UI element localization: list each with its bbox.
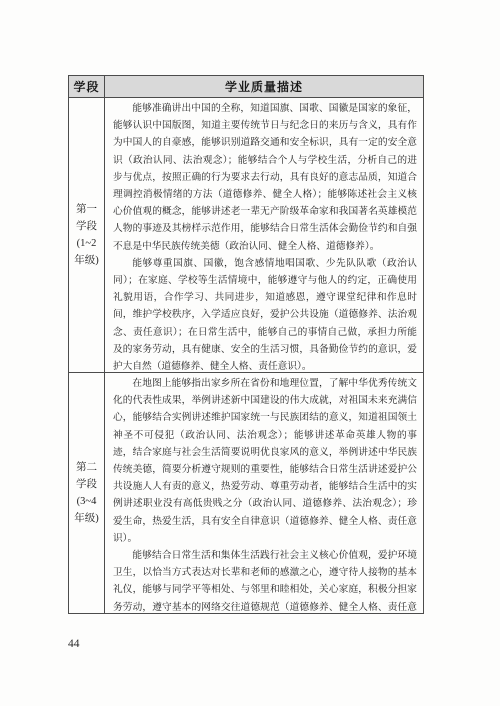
description-paragraph: 能够结合日常生活和集体生活践行社会主义核心价值观，爱护环境卫生，以恰当方式表达对… xyxy=(113,547,417,614)
stage-cell-grade-1-2: 第一 学段 (1~2 年级) xyxy=(69,98,105,373)
description-paragraph: 能够尊重国旗、国徽，饱含感情地唱国歌、少先队队歌（政治认同）；在家庭、学校等生活… xyxy=(113,255,417,373)
description-paragraph: 能够准确讲出中国的全称，知道国旗、国歌、国徽是国家的象征，能够认识中国版图，知道… xyxy=(113,100,417,255)
description-paragraph: 在地图上能够指出家乡所在省份和地理位置，了解中华优秀传统文化的代表性成果，举例讲… xyxy=(113,375,417,547)
table-header-description: 学业质量描述 xyxy=(105,76,424,98)
table-header-stage: 学段 xyxy=(69,76,105,98)
description-cell-grade-1-2: 能够准确讲出中国的全称，知道国旗、国歌、国徽是国家的象征，能够认识中国版图，知道… xyxy=(105,98,424,373)
academic-quality-table: 学段 学业质量描述 第一 学段 (1~2 年级) 能够准确讲出中国的全称，知道国… xyxy=(68,75,424,614)
page-number: 44 xyxy=(68,638,80,650)
description-cell-grade-3-4: 在地图上能够指出家乡所在省份和地理位置，了解中华优秀传统文化的代表性成果，举例讲… xyxy=(105,373,424,614)
document-page: 学段 学业质量描述 第一 学段 (1~2 年级) 能够准确讲出中国的全称，知道国… xyxy=(0,0,500,706)
stage-cell-grade-3-4: 第二 学段 (3~4 年级) xyxy=(69,373,105,614)
